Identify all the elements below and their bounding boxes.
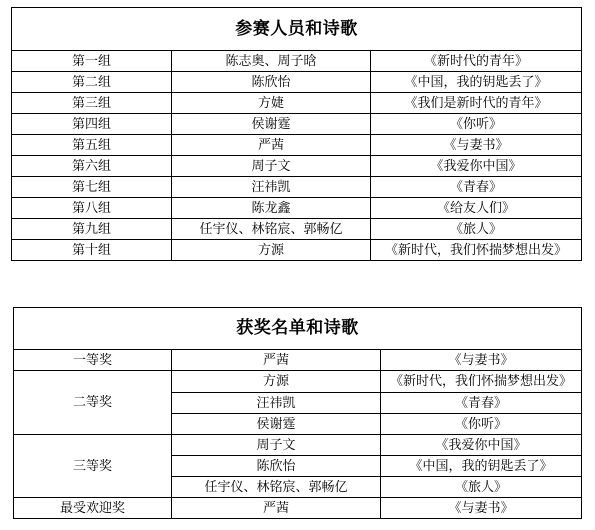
table-row: 一等奖 严茜 《与妻书》 [14, 350, 582, 371]
names-cell: 陈志奥、周子晗 [172, 51, 371, 72]
table-row: 第九组 任宇仪、林铭宸、郭畅亿 《旅人》 [12, 219, 582, 240]
names-cell: 方源 [172, 371, 381, 393]
group-cell: 第六组 [12, 156, 172, 177]
participants-table: 参赛人员和诗歌 第一组 陈志奥、周子晗 《新时代的青年》 第二组 陈欣怡 《中国… [11, 7, 582, 261]
names-cell: 侯谢霆 [172, 114, 371, 135]
group-cell: 第四组 [12, 114, 172, 135]
names-cell: 侯谢霆 [172, 414, 381, 435]
table-row: 第十组 方源 《新时代，我们怀揣梦想出发》 [12, 240, 582, 261]
poem-cell: 《我爱你中国》 [381, 435, 582, 456]
poem-cell: 《青春》 [381, 393, 582, 414]
table-row: 第七组 汪祎凯 《青春》 [12, 177, 582, 198]
awards-title-row: 获奖名单和诗歌 [14, 308, 582, 350]
names-cell: 陈龙鑫 [172, 198, 371, 219]
award-cell: 一等奖 [14, 350, 172, 371]
award-cell: 最受欢迎奖 [14, 498, 172, 519]
awards-table-title: 获奖名单和诗歌 [14, 308, 582, 350]
table-row: 第四组 侯谢霆 《你听》 [12, 114, 582, 135]
table-row: 第八组 陈龙鑫 《给友人们》 [12, 198, 582, 219]
poem-cell: 《我爱你中国》 [371, 156, 582, 177]
names-cell: 严茜 [172, 498, 381, 519]
names-cell: 严茜 [172, 350, 381, 371]
participants-table-title: 参赛人员和诗歌 [12, 8, 582, 51]
group-cell: 第八组 [12, 198, 172, 219]
group-cell: 第五组 [12, 135, 172, 156]
group-cell: 第二组 [12, 72, 172, 93]
poem-cell: 《中国，我的钥匙丢了》 [381, 456, 582, 477]
poem-cell: 《你听》 [371, 114, 582, 135]
group-cell: 第十组 [12, 240, 172, 261]
poem-cell: 《与妻书》 [381, 498, 582, 519]
table-row: 二等奖 方源 《新时代，我们怀揣梦想出发》 [14, 371, 582, 393]
poem-cell: 《中国，我的钥匙丢了》 [371, 72, 582, 93]
poem-cell: 《给友人们》 [371, 198, 582, 219]
poem-cell: 《新时代，我们怀揣梦想出发》 [371, 240, 582, 261]
poem-cell: 《旅人》 [371, 219, 582, 240]
names-cell: 陈欣怡 [172, 456, 381, 477]
poem-cell: 《青春》 [371, 177, 582, 198]
names-cell: 汪祎凯 [172, 177, 371, 198]
names-cell: 方源 [172, 240, 371, 261]
poem-cell: 《新时代的青年》 [371, 51, 582, 72]
names-cell: 方婕 [172, 93, 371, 114]
award-cell: 二等奖 [14, 371, 172, 435]
table-row: 第六组 周子文 《我爱你中国》 [12, 156, 582, 177]
poem-cell: 《我们是新时代的青年》 [371, 93, 582, 114]
names-cell: 严茜 [172, 135, 371, 156]
names-cell: 任宇仪、林铭宸、郭畅亿 [172, 219, 371, 240]
names-cell: 任宇仪、林铭宸、郭畅亿 [172, 477, 381, 498]
names-cell: 周子文 [172, 435, 381, 456]
awards-table: 获奖名单和诗歌 一等奖 严茜 《与妻书》 二等奖 方源 《新时代，我们怀揣梦想出… [13, 307, 582, 519]
participants-title-row: 参赛人员和诗歌 [12, 8, 582, 51]
names-cell: 汪祎凯 [172, 393, 381, 414]
names-cell: 陈欣怡 [172, 72, 371, 93]
table-row: 第五组 严茜 《与妻书》 [12, 135, 582, 156]
poem-cell: 《你听》 [381, 414, 582, 435]
poem-cell: 《新时代，我们怀揣梦想出发》 [381, 371, 582, 393]
group-cell: 第九组 [12, 219, 172, 240]
group-cell: 第一组 [12, 51, 172, 72]
table-row: 第三组 方婕 《我们是新时代的青年》 [12, 93, 582, 114]
table-row: 三等奖 周子文 《我爱你中国》 [14, 435, 582, 456]
poem-cell: 《与妻书》 [381, 350, 582, 371]
group-cell: 第七组 [12, 177, 172, 198]
award-cell: 三等奖 [14, 435, 172, 498]
poem-cell: 《旅人》 [381, 477, 582, 498]
poem-cell: 《与妻书》 [371, 135, 582, 156]
names-cell: 周子文 [172, 156, 371, 177]
table-row: 最受欢迎奖 严茜 《与妻书》 [14, 498, 582, 519]
group-cell: 第三组 [12, 93, 172, 114]
table-row: 第一组 陈志奥、周子晗 《新时代的青年》 [12, 51, 582, 72]
table-row: 第二组 陈欣怡 《中国，我的钥匙丢了》 [12, 72, 582, 93]
